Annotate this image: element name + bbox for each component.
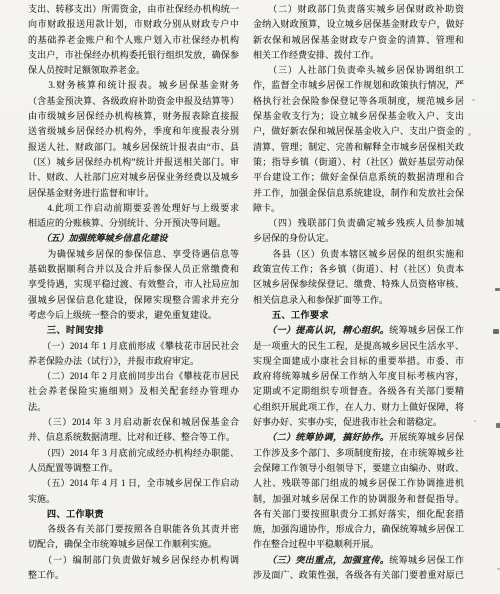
body-text: 法。	[28, 402, 46, 412]
subheading-coordinate: （二）统筹协调，搞好协作。开展统筹城乡居保	[253, 430, 464, 445]
text-line: 3.财务核算和统计报表。城乡居保基金财务	[28, 78, 239, 93]
body-text: 考虑今后上级统一整合的要求，避免重复建设。	[28, 310, 217, 320]
body-text: 送省级城乡居保经办机构外，季度和年度报表分别	[28, 126, 239, 136]
body-text: 乡居保的身份认定。	[253, 233, 334, 243]
document-page: 支出、转移支出）所需资金，由市社保经办机构统一向市财政报送用款计划，市财政分别从…	[0, 0, 500, 594]
body-text: 开展统筹城乡居保	[389, 432, 464, 442]
text-line: 实施。	[28, 492, 239, 507]
emphasis-text: （五）加强统筹城乡信息化建设	[28, 233, 168, 243]
body-text: 工作涉及多个部门、多项制度衔接，在市统筹城乡社	[253, 448, 464, 458]
text-line: 人员配置等调整工作。	[28, 461, 239, 476]
text-line: 支出户，市社保经办机构委托银行组织发放，确保参	[28, 48, 239, 63]
body-text: 政策宣传工作；各乡镇（街道）、村（社区）负责本辖	[253, 264, 464, 277]
body-text: 政府将统筹城乡居保工作纳入年度目标考核内容，	[253, 371, 464, 381]
body-text: 基础数据顺利合并以及合并后参保人员正常缴费和	[28, 264, 239, 274]
heading-time-schedule: 三、时间安排	[28, 323, 239, 338]
text-line: 整工作。	[28, 568, 239, 583]
scan-speck	[474, 420, 476, 422]
scan-speck	[493, 329, 499, 334]
body-text: 社会养老保险实施细则》及相关配套经办管理办	[28, 386, 239, 396]
text-line: 平台建设工作；做好金保信息系统的数据清理和合	[253, 170, 464, 185]
text-line: 保基金收支行为；设立城乡居保基金收入户、支出	[253, 109, 464, 124]
text-line: 报送人社、财政部门。城乡居保统计报表由“市、县	[28, 140, 239, 155]
text-line: 切配合，确保全市统筹城乡居保工作顺利实施。	[28, 537, 239, 552]
text-line: 政策宣传工作；各乡镇（街道）、村（社区）负责本辖	[253, 262, 464, 277]
text-line: 作在整合过程中平稳顺利开展。	[253, 537, 464, 552]
text-line: 是一项重大的民生工程，是提高城乡居民生活水平、	[253, 339, 464, 354]
text-line: 金纳入财政预算，设立城乡居保基金财政专户，做好	[253, 17, 464, 32]
body-text: 强城乡居保信息化建设，保障实现整合需求并充分	[28, 295, 239, 305]
body-text: 相关工作经费安排、拨付工作。	[253, 50, 379, 60]
heading-text: 四、工作职责	[28, 509, 104, 519]
text-line: 人社、残联等部门组成的城乡居保工作协调推进机	[253, 476, 464, 491]
text-line: 并工作，加强金保信息系统建设，制作和发放社会保	[253, 186, 464, 201]
body-text: 区城乡居保参续保登记、缴费、特殊人员资格审核、	[253, 279, 464, 289]
body-text: （含基金预决算、各级政府补助资金申报及结算等）	[28, 96, 239, 106]
text-line: 制，加强对城乡居保工作的协调服务和督促指导。	[253, 492, 464, 507]
body-text: 切配合，确保全市统筹城乡居保工作顺利实施。	[28, 539, 217, 549]
text-line: 计、财政、人社部门应对城乡居保业务经费以及城乡	[28, 170, 239, 185]
body-text: 实施。	[28, 494, 55, 504]
text-line: 会保障工作领导小组领导下，要建立由编办、财政、	[253, 461, 464, 476]
body-text: （一）编制部门负责做好城乡居保经办机构调	[28, 555, 239, 565]
emphasis-text: （一）提高认识，精心组织。	[253, 325, 389, 335]
scan-speck	[495, 288, 500, 291]
text-line: 实现全面建成小康社会目标的重要举措。市委、市	[253, 354, 464, 369]
subheading-raise-awareness: （一）提高认识，精心组织。统筹城乡居保工作	[253, 323, 464, 338]
body-text: 施，加强沟通协作，形成合力，确保统筹城乡居保工	[253, 524, 464, 534]
text-line: 相适应的分账核算、分别统计、分开预决等问题。	[28, 216, 239, 231]
body-text: 平台建设工作；做好金保信息系统的数据清理和合	[253, 172, 464, 182]
text-line: 好事办好、实事办实，促进我市社会和谐稳定。	[253, 415, 464, 430]
left-text-column: 支出、转移支出）所需资金，由市社保经办机构统一向市财政报送用款计划，市财政分别从…	[28, 2, 239, 583]
subheading-publicity: （三）突出重点，加强宣传。统筹城乡居保工作	[253, 553, 464, 568]
text-line: 各县（区）负责本辖区城乡居保的组织实施和	[253, 247, 464, 262]
text-line: （区）城乡居保经办机构”统计并报送相关部门。审	[28, 155, 239, 170]
emphasis-text: （二）统筹协调，搞好协作。	[253, 432, 389, 442]
body-text: 好事办好、实事办实，促进我市社会和谐稳定。	[253, 417, 442, 427]
emphasis-text: （三）突出重点，加强宣传。	[253, 555, 389, 565]
body-text: （四）2014 年 3 月底前完成经办机构经办职能、	[28, 448, 239, 458]
heading-text: 五、工作要求	[253, 310, 329, 320]
text-line: 户，做好新农保和城居保基金收入户、支出户资金的	[253, 124, 464, 139]
body-text: 保人员按时足额领取养老金。	[28, 65, 145, 75]
text-line: （一）编制部门负责做好城乡居保经办机构调	[28, 553, 239, 568]
body-text: 制，加强对城乡居保工作的协调服务和督促指导。	[253, 494, 464, 504]
body-text: 各县（区）负责本辖区城乡居保的组织实施和	[253, 249, 464, 259]
text-line: 考虑今后上级统一整合的要求，避免重复建设。	[28, 308, 239, 323]
text-line: （含基金预决算、各级政府补助资金申报及结算等）	[28, 94, 239, 109]
body-text: 涉及面广、政策性强，各级各有关部门要着重对原已	[253, 570, 464, 580]
heading-text: 三、时间安排	[28, 325, 104, 335]
text-line: 各级各有关部门要按照各自职能各负其责并密	[28, 522, 239, 537]
text-line: 相关信息录入和参保扩面等工作。	[253, 293, 464, 308]
body-text: 由市级城乡居保经办机构核算，财务报表除直接报	[28, 111, 239, 121]
text-line: （二）财政部门负责落实城乡居保财政补助资	[253, 2, 464, 17]
body-text: 作在整合过程中平稳顺利开展。	[253, 539, 379, 549]
body-text: 为确保城乡居保的参保信息、享受待遇信息等	[28, 249, 239, 259]
body-text: 人社、残联等部门组成的城乡居保工作协调推进机	[253, 478, 464, 488]
text-line: （三）2014 年 3 月启动新农保和城居保基金合	[28, 415, 239, 430]
text-line: 由市级城乡居保经办机构核算，财务报表除直接报	[28, 109, 239, 124]
body-text: 保基金收支行为；设立城乡居保基金收入户、支出	[253, 111, 464, 121]
body-text: 支出户，市社保经办机构委托银行组织发放，确保参	[28, 50, 239, 60]
body-text: 养老保险办法（试行）》，并报市政府审定。	[28, 356, 199, 366]
body-text: 整工作。	[28, 570, 64, 580]
text-line: 各有关部门要按照职责分工抓好落实，细化配套措	[253, 507, 464, 522]
body-text: （二）2014 年 2 月底前同步出台《攀枝花市居民	[28, 371, 239, 381]
text-line: 相关工作经费安排、拨付工作。	[253, 48, 464, 63]
text-line: 法。	[28, 400, 239, 415]
body-text: 策；指导乡镇（街道）、村（社区）做好基层劳动保障	[253, 157, 464, 170]
scan-speck	[496, 423, 500, 428]
text-line: 格执行社会保险参保登记等各项制度，规范城乡居	[253, 94, 464, 109]
body-text: 相适应的分账核算、分别统计、分开预决等问题。	[28, 218, 226, 228]
text-line: 工作涉及多个部门、多项制度衔接，在市统筹城乡社	[253, 446, 464, 461]
text-line: 强城乡居保信息化建设，保障实现整合需求并充分	[28, 293, 239, 308]
body-text: 支出、转移支出）所需资金，由市社保经办机构统一	[28, 4, 239, 14]
text-line: 涉及面广、政策性强，各级各有关部门要着重对原已	[253, 568, 464, 583]
text-line: 心组织开展此项工作，在人力、财力上做好保障，将	[253, 400, 464, 415]
body-text: 并工作，加强金保信息系统建设，制作和发放社会保	[253, 188, 464, 198]
text-line: 社会养老保险实施细则》及相关配套经办管理办	[28, 384, 239, 399]
body-text: （二）财政部门负责落实城乡居保财政补助资	[253, 4, 464, 14]
text-line: 为确保城乡居保的参保信息、享受待遇信息等	[28, 247, 239, 262]
scan-speck	[468, 133, 471, 136]
body-text: 计、财政、人社部门应对城乡居保业务经费以及城乡	[28, 172, 239, 182]
body-text: 并、信息系统数据清理、比对和迁移、整合等工作。	[28, 432, 235, 442]
body-text: 4.此项工作启动前期要妥善处理好与上级要求	[28, 203, 239, 213]
text-line: 送省级城乡居保经办机构外，季度和年度报表分别	[28, 124, 239, 139]
text-line: 享受待遇，实现平稳过渡、有效整合，市人社局应加	[28, 277, 239, 292]
heading-work-duties: 四、工作职责	[28, 507, 239, 522]
text-line: 作，监督全市城乡居保工作规划和政策执行情况，严	[253, 78, 464, 93]
text-line: 并、信息系统数据清理、比对和迁移、整合等工作。	[28, 430, 239, 445]
body-text: 3.财务核算和统计报表。城乡居保基金财务	[28, 80, 239, 90]
body-text: 心组织开展此项工作，在人力、财力上做好保障，将	[253, 402, 464, 412]
text-line: 策；指导乡镇（街道）、村（社区）做好基层劳动保障	[253, 155, 464, 170]
body-text: （三）人社部门负责牵头城乡居保协调组织工	[253, 65, 464, 75]
body-text: 统筹城乡居保工作	[389, 325, 464, 335]
text-line: 4.此项工作启动前期要妥善处理好与上级要求	[28, 201, 239, 216]
body-text: 向市财政报送用款计划，市财政分别从财政专户中	[28, 19, 239, 29]
text-line: 的基础养老金账户和个人账户划入市社保经办机构	[28, 33, 239, 48]
text-line: 居保基金财务进行监督和审计。	[28, 186, 239, 201]
body-text: 实现全面建成小康社会目标的重要举措。市委、市	[253, 356, 464, 366]
text-line: （五）2014 年 4 月 1 日，全市城乡居保工作启动	[28, 476, 239, 491]
text-line: 基础数据顺利合并以及合并后参保人员正常缴费和	[28, 262, 239, 277]
body-text: 相关信息录入和参保扩面等工作。	[253, 295, 388, 305]
body-text: 会保障工作领导小组领导下，要建立由编办、财政、	[253, 463, 464, 473]
body-text: 各级各有关部门要按照各自职能各负其责并密	[28, 524, 239, 534]
subheading-info-construction: （五）加强统筹城乡信息化建设	[28, 231, 239, 246]
heading-work-requirements: 五、工作要求	[253, 308, 464, 323]
scan-speck	[472, 99, 475, 101]
text-line: 支出、转移支出）所需资金，由市社保经办机构统一	[28, 2, 239, 17]
text-line: （一）2014 年 1 月底前形成《攀枝花市居民社会	[28, 339, 239, 354]
text-line: （二）2014 年 2 月底前同步出台《攀枝花市居民	[28, 369, 239, 384]
text-line: 区城乡居保参续保登记、缴费、特殊人员资格审核、	[253, 277, 464, 292]
body-text: 格执行社会保险参保登记等各项制度，规范城乡居	[253, 96, 464, 106]
body-text: 作，监督全市城乡居保工作规划和政策执行情况，严	[253, 80, 464, 90]
body-text: 是一项重大的民生工程，是提高城乡居民生活水平、	[253, 341, 464, 351]
right-text-column: （二）财政部门负责落实城乡居保财政补助资金纳入财政预算，设立城乡居保基金财政专户…	[253, 2, 464, 583]
text-line: 政府将统筹城乡居保工作纳入年度目标考核内容，	[253, 369, 464, 384]
body-text: 居保基金财务进行监督和审计。	[28, 188, 154, 198]
text-line: （四）2014 年 3 月底前完成经办机构经办职能、	[28, 446, 239, 461]
text-line: 养老保险办法（试行）》，并报市政府审定。	[28, 354, 239, 369]
body-text: 金纳入财政预算，设立城乡居保基金财政专户，做好	[253, 19, 464, 29]
body-text: （区）城乡居保经办机构”统计并报送相关部门。审	[28, 157, 239, 167]
text-line: 保人员按时足额领取养老金。	[28, 63, 239, 78]
text-line: 向市财政报送用款计划，市财政分别从财政专户中	[28, 17, 239, 32]
body-text: 各有关部门要按照职责分工抓好落实，细化配套措	[253, 509, 464, 519]
body-text: 障卡。	[253, 203, 280, 213]
body-text: 人员配置等调整工作。	[28, 463, 118, 473]
body-text: （五）2014 年 4 月 1 日，全市城乡居保工作启动	[28, 478, 239, 488]
body-text: 新农保和城居保基金财政专户资金的清算、管理和	[253, 35, 464, 45]
body-text: （一）2014 年 1 月底前形成《攀枝花市居民社会	[28, 341, 239, 351]
text-line: 施，加强沟通协作，形成合力，确保统筹城乡居保工	[253, 522, 464, 537]
text-line: 新农保和城居保基金财政专户资金的清算、管理和	[253, 33, 464, 48]
text-line: 乡居保的身份认定。	[253, 231, 464, 246]
body-text: （三）2014 年 3 月启动新农保和城居保基金合	[28, 417, 239, 427]
body-text: 报送人社、财政部门。城乡居保统计报表由“市、县	[28, 142, 239, 152]
body-text: 的基础养老金账户和个人账户划入市社保经办机构	[28, 35, 239, 45]
text-line: 定期或不定期组织专项督查。各级各有关部门要精	[253, 384, 464, 399]
body-text: 统筹城乡居保工作	[389, 555, 464, 565]
text-line: 障卡。	[253, 201, 464, 216]
body-text: 户，做好新农保和城居保基金收入户、支出户资金的	[253, 126, 464, 136]
body-text: （四）残联部门负责确定城乡残疾人员参加城	[253, 218, 464, 228]
body-text: 定期或不定期组织专项督查。各级各有关部门要精	[253, 386, 464, 396]
body-text: 享受待遇，实现平稳过渡、有效整合，市人社局应加	[28, 279, 239, 289]
text-line: （四）残联部门负责确定城乡残疾人员参加城	[253, 216, 464, 231]
text-line: 清算、管理；制定、完善和解释全市城乡居保相关政	[253, 140, 464, 155]
body-text: 清算、管理；制定、完善和解释全市城乡居保相关政	[253, 142, 464, 152]
text-line: （三）人社部门负责牵头城乡居保协调组织工	[253, 63, 464, 78]
